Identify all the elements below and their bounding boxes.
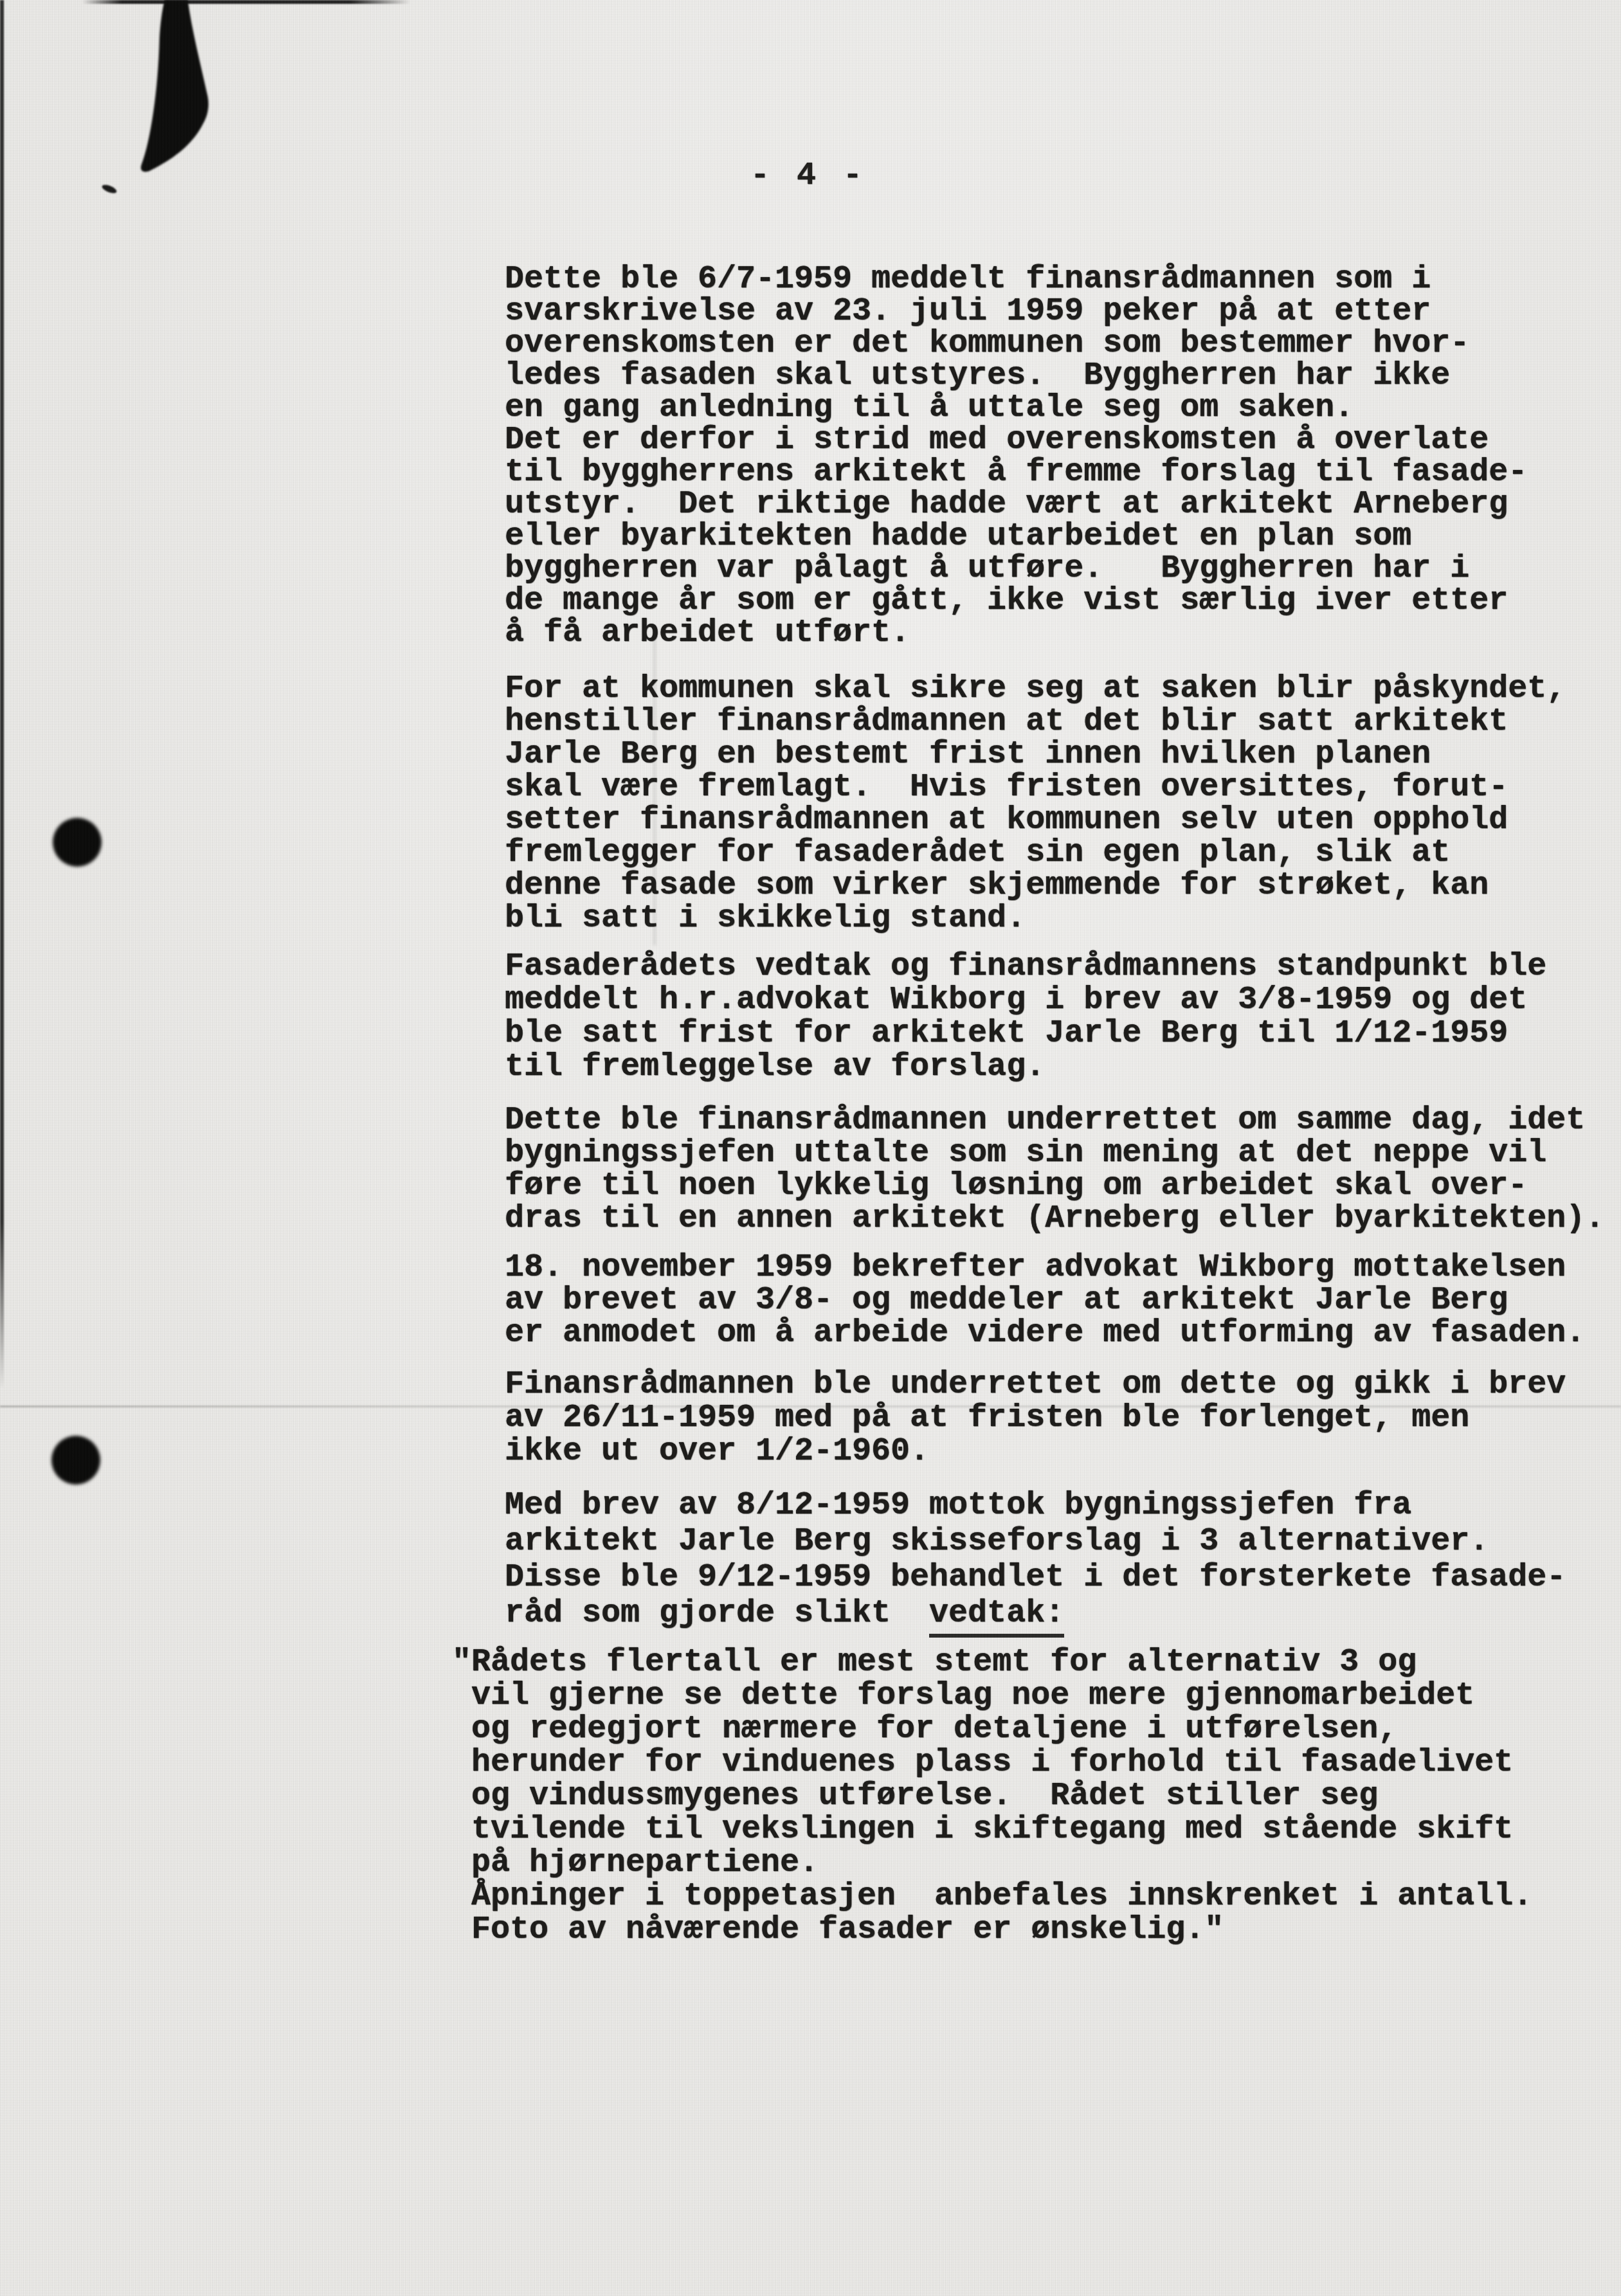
vedtak-prefix: råd som gjorde slikt — [505, 1595, 929, 1632]
text-line: Med brev av 8/12-1959 mottok bygningssje… — [505, 1488, 1566, 1524]
text-line: råd som gjorde slikt vedtak: — [505, 1596, 1566, 1632]
text-line: byggherren var pålagt å utføre. Byggherr… — [505, 553, 1527, 585]
text-line: Foto av nåværende fasader er ønskelig." — [471, 1913, 1532, 1947]
text-layer: - 4 - Dette ble 6/7-1959 meddelt finansr… — [0, 0, 1621, 2296]
text-line: arkitekt Jarle Berg skisseforslag i 3 al… — [505, 1524, 1566, 1560]
text-line: 18. november 1959 bekrefter advokat Wikb… — [505, 1251, 1585, 1284]
text-line: Åpninger i toppetasjen anbefales innskre… — [471, 1880, 1532, 1913]
paragraph-2: For at kommunen skal sikre seg at saken … — [505, 673, 1566, 935]
text-line: henstiller finansrådmannen at det blir s… — [505, 705, 1566, 738]
text-line: bygningssjefen uttalte som sin mening at… — [505, 1137, 1604, 1170]
text-line: og redegjort nærmere for detaljene i utf… — [471, 1713, 1532, 1746]
text-line: For at kommunen skal sikre seg at saken … — [505, 673, 1566, 705]
text-line: til fremleggelse av forslag. — [505, 1051, 1546, 1084]
paragraph-3: Fasaderådets vedtak og finansrådmannens … — [505, 950, 1546, 1084]
text-line: ikke ut over 1/2-1960. — [505, 1435, 1566, 1469]
text-line: meddelt h.r.advokat Wikborg i brev av 3/… — [505, 984, 1546, 1017]
paragraph-6: Finansrådmannen ble underrettet om dette… — [505, 1368, 1566, 1469]
text-line: ble satt frist for arkitekt Jarle Berg t… — [505, 1017, 1546, 1051]
paragraph-5: 18. november 1959 bekrefter advokat Wikb… — [505, 1251, 1585, 1350]
text-line: herunder for vinduenes plass i forhold t… — [471, 1746, 1532, 1780]
paragraph-7: Med brev av 8/12-1959 mottok bygningssje… — [505, 1488, 1566, 1632]
text-line: vil gjerne se dette forslag noe mere gje… — [471, 1679, 1532, 1713]
text-line: ledes fasaden skal utstyres. Byggherren … — [505, 360, 1527, 392]
text-line: en gang anledning til å uttale seg om sa… — [505, 392, 1527, 424]
page-number: - 4 - — [750, 158, 866, 194]
text-line: av 26/11-1959 med på at fristen ble forl… — [505, 1402, 1566, 1435]
scanned-page: - 4 - Dette ble 6/7-1959 meddelt finansr… — [0, 0, 1621, 2296]
text-line: Det er derfor i strid med overenskomsten… — [505, 424, 1527, 456]
text-line: denne fasade som virker skjemmende for s… — [505, 869, 1566, 902]
text-line: dras til en annen arkitekt (Arneberg ell… — [505, 1202, 1604, 1235]
text-line: setter finansrådmannen at kommunen selv … — [505, 804, 1566, 836]
quoted-resolution-block: "Rådets flertall er mest stemt for alter… — [471, 1646, 1532, 1947]
text-line: på hjørnepartiene. — [471, 1847, 1532, 1880]
text-line: overenskomsten er det kommunen som beste… — [505, 328, 1527, 360]
text-line: de mange år som er gått, ikke vist særli… — [505, 585, 1527, 617]
text-line: Dette ble finansrådmannen underrettet om… — [505, 1104, 1604, 1137]
text-line: og vindussmygenes utførelse. Rådet still… — [471, 1780, 1532, 1813]
text-line: Disse ble 9/12-1959 behandlet i det fors… — [505, 1560, 1566, 1596]
text-line: føre til noen lykkelig løsning om arbeid… — [505, 1170, 1604, 1202]
text-line: Jarle Berg en bestemt frist innen hvilke… — [505, 738, 1566, 771]
text-line: å få arbeidet utført. — [505, 617, 1527, 649]
text-line: Finansrådmannen ble underrettet om dette… — [505, 1368, 1566, 1402]
text-line: av brevet av 3/8- og meddeler at arkitek… — [505, 1284, 1585, 1317]
text-line: svarskrivelse av 23. juli 1959 peker på … — [505, 296, 1527, 328]
text-line: fremlegger for fasaderådet sin egen plan… — [505, 836, 1566, 869]
text-line: tvilende til vekslingen i skiftegang med… — [471, 1813, 1532, 1847]
text-line: utstyr. Det riktige hadde vært at arkite… — [505, 489, 1527, 521]
text-line: skal være fremlagt. Hvis fristen oversit… — [505, 771, 1566, 804]
text-line: "Rådets flertall er mest stemt for alter… — [471, 1646, 1532, 1679]
text-line: er anmodet om å arbeide videre med utfor… — [505, 1317, 1585, 1350]
paragraph-4: Dette ble finansrådmannen underrettet om… — [505, 1104, 1604, 1235]
vedtak-underlined-word: vedtak: — [929, 1595, 1064, 1638]
text-line: til byggherrens arkitekt å fremme forsla… — [505, 456, 1527, 489]
text-line: Fasaderådets vedtak og finansrådmannens … — [505, 950, 1546, 984]
text-line: eller byarkitekten hadde utarbeidet en p… — [505, 521, 1527, 553]
text-line: Dette ble 6/7-1959 meddelt finansrådmann… — [505, 264, 1527, 296]
paragraph-1: Dette ble 6/7-1959 meddelt finansrådmann… — [505, 264, 1527, 649]
text-line: bli satt i skikkelig stand. — [505, 902, 1566, 935]
